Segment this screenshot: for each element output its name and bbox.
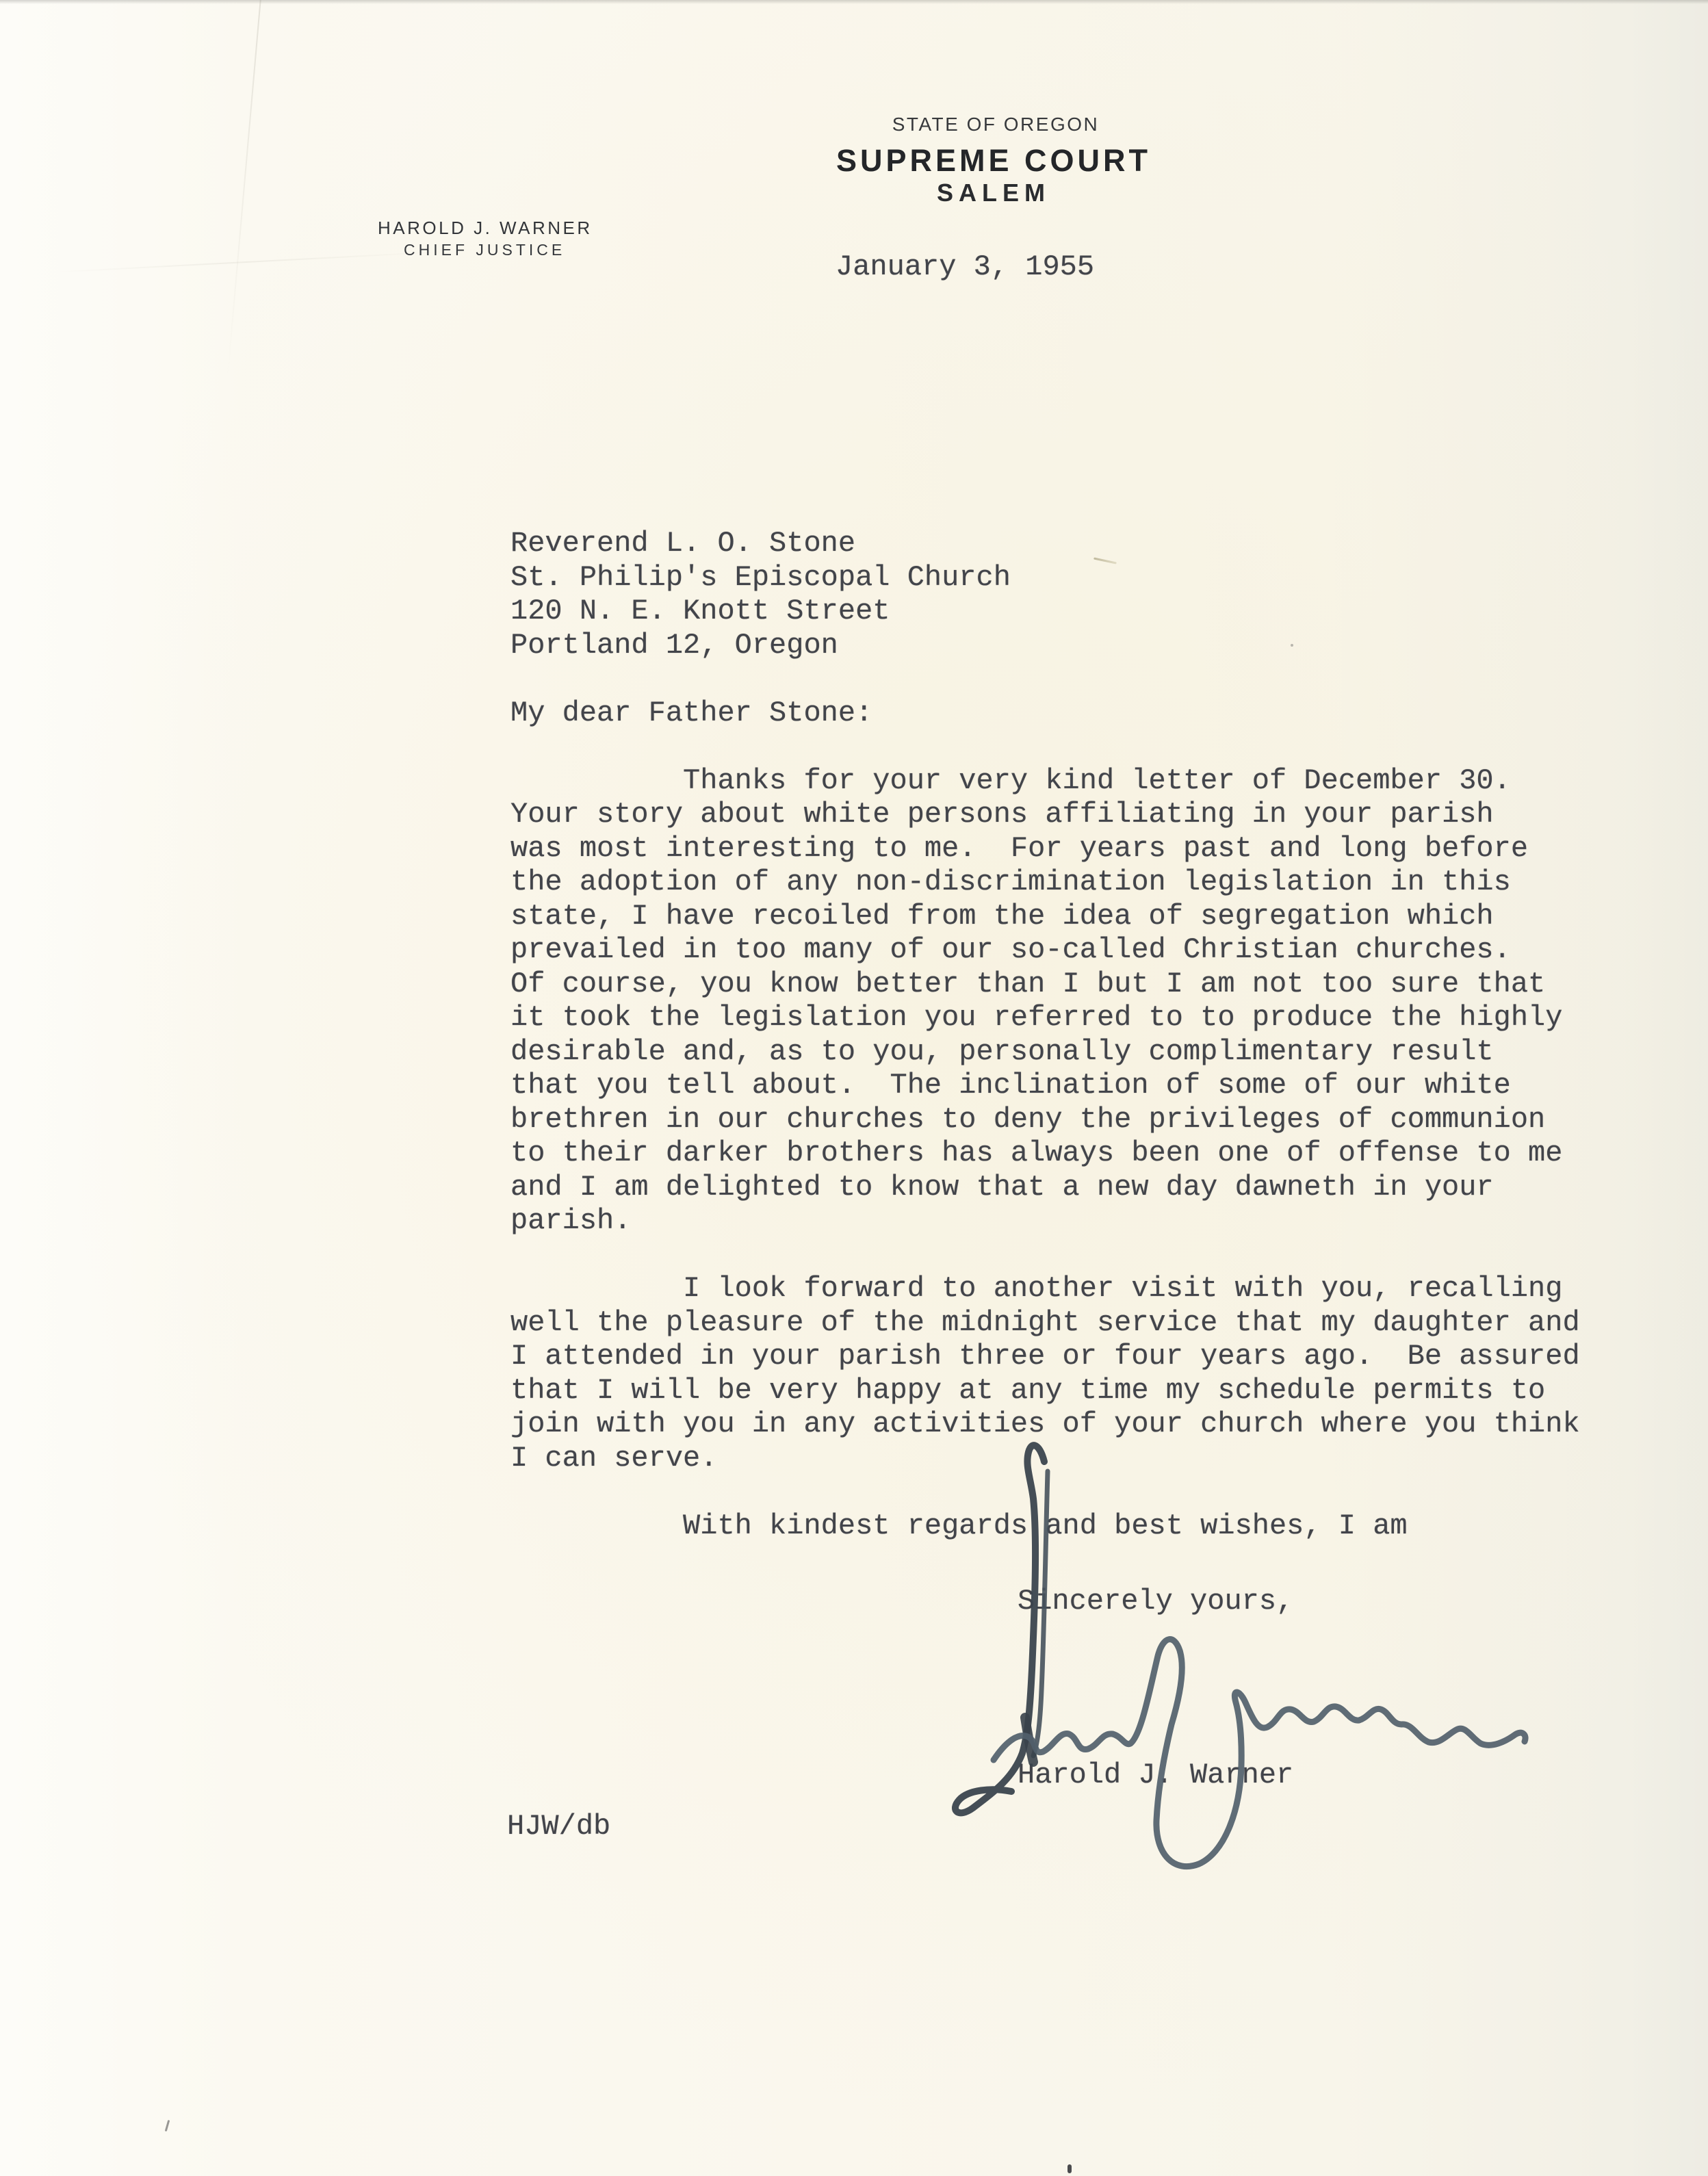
- letter-body: Reverend L. O. Stone St. Philip's Episco…: [510, 527, 1580, 1543]
- letterhead-state: STATE OF OREGON: [892, 114, 1099, 135]
- body-line: was most interesting to me. For years pa…: [510, 832, 1580, 866]
- body-line: I look forward to another visit with you…: [510, 1272, 1580, 1306]
- paper-crease-diagonal: [48, 251, 444, 273]
- blank-line: [510, 662, 1580, 697]
- body-line: desirable and, as to you, personally com…: [510, 1035, 1580, 1070]
- blank-line: [510, 730, 1580, 764]
- body-line: to their darker brothers has always been…: [510, 1137, 1580, 1171]
- blank-line: [510, 1239, 1580, 1273]
- recipient-church-line: St. Philip's Episcopal Church: [510, 561, 1580, 595]
- harold-j-warner-signature: [910, 1423, 1581, 1902]
- body-line: I attended in your parish three or four …: [510, 1340, 1580, 1374]
- body-line: Your story about white persons affiliati…: [510, 798, 1580, 832]
- body-line: and I am delighted to know that a new da…: [510, 1171, 1580, 1205]
- body-line: the adoption of any non-discrimination l…: [510, 866, 1580, 900]
- body-line: Of course, you know better than I but I …: [510, 968, 1580, 1002]
- body-line: parish.: [510, 1204, 1580, 1239]
- recipient-name-line: Reverend L. O. Stone: [510, 527, 1580, 561]
- body-line: it took the legislation you referred to …: [510, 1001, 1580, 1035]
- letter-page: STATE OF OREGON SUPREME COURT SALEM HARO…: [0, 0, 1708, 2176]
- body-line: that I will be very happy at any time my…: [510, 1374, 1580, 1408]
- recipient-city-line: Portland 12, Oregon: [510, 629, 1580, 663]
- stray-ink-dot: [1067, 2164, 1072, 2173]
- reference-initials: HJW/db: [507, 1810, 610, 1844]
- paper-crease-vertical: [227, 0, 261, 378]
- letterhead-court: SUPREME COURT: [836, 143, 1151, 179]
- letterhead-official-title: CHIEF JUSTICE: [404, 241, 565, 259]
- recipient-street-line: 120 N. E. Knott Street: [510, 595, 1580, 629]
- letterhead-official-name: HAROLD J. WARNER: [378, 218, 593, 239]
- body-line: brethren in our churches to deny the pri…: [510, 1103, 1580, 1137]
- body-line: prevailed in too many of our so-called C…: [510, 933, 1580, 968]
- body-line: that you tell about. The inclination of …: [510, 1069, 1580, 1103]
- date-line: January 3, 1955: [836, 250, 1094, 285]
- scan-edge: [0, 0, 1708, 4]
- body-line: well the pleasure of the midnight servic…: [510, 1306, 1580, 1340]
- body-line: state, I have recoiled from the idea of …: [510, 900, 1580, 934]
- letterhead-city: SALEM: [937, 179, 1050, 207]
- stray-ink-tick: [165, 2120, 170, 2132]
- salutation-line: My dear Father Stone:: [510, 697, 1580, 731]
- body-line: Thanks for your very kind letter of Dece…: [510, 764, 1580, 799]
